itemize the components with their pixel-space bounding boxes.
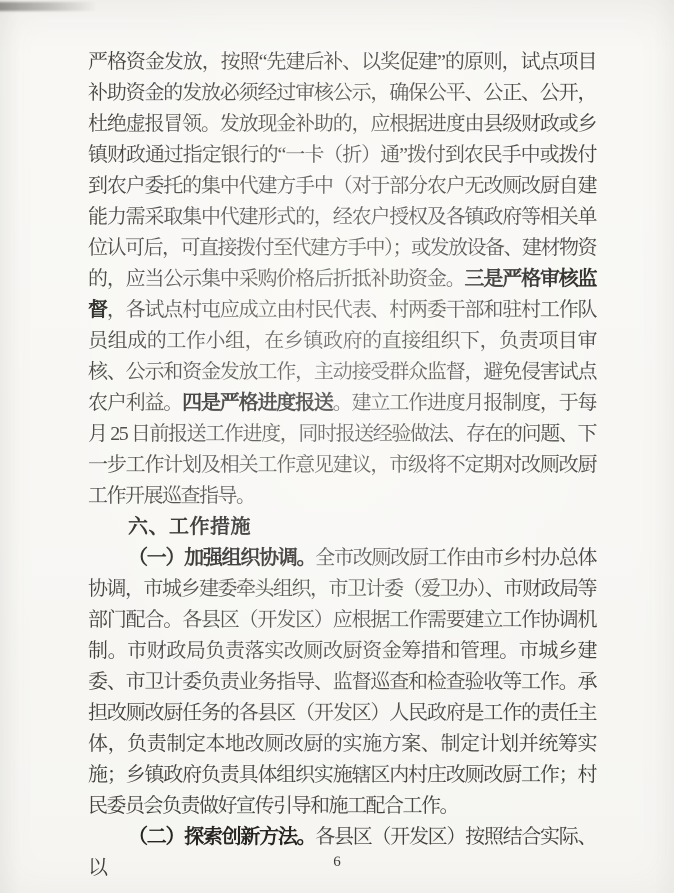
bold-text-run: （一）加强组织协调。: [128, 547, 315, 569]
bold-text-run: 六、工作措施: [128, 516, 251, 538]
paragraph: 严格资金发放，按照“先建后补、以奖促建”的原则，试点项目补助资金的发放必须经过审…: [88, 47, 596, 512]
section-heading: 六、工作措施: [88, 512, 596, 543]
text-run: 严格资金发放，按照“先建后补、以奖促建”的原则，试点项目补助资金的发放必须经过审…: [88, 51, 596, 290]
bold-text-run: （二）探索创新方法。: [128, 826, 315, 848]
paragraph: （二）探索创新方法。各县区（开发区）按照结合实际、以: [88, 822, 596, 884]
text-run: 全市改厕改厨工作由市乡村办总体协调，市城乡建委牵头组织，市卫计委（爱卫办）、市财…: [88, 547, 596, 817]
bold-text-run: 四是严格进度报送: [182, 392, 333, 414]
document-body: 严格资金发放，按照“先建后补、以奖促建”的原则，试点项目补助资金的发放必须经过审…: [88, 47, 596, 884]
scan-artifact-smudge: [0, 2, 97, 11]
paragraph: （一）加强组织协调。全市改厕改厨工作由市乡村办总体协调，市城乡建委牵头组织，市卫…: [88, 543, 596, 822]
page-number: 6: [0, 854, 674, 871]
document-page: 严格资金发放，按照“先建后补、以奖促建”的原则，试点项目补助资金的发放必须经过审…: [0, 0, 674, 893]
